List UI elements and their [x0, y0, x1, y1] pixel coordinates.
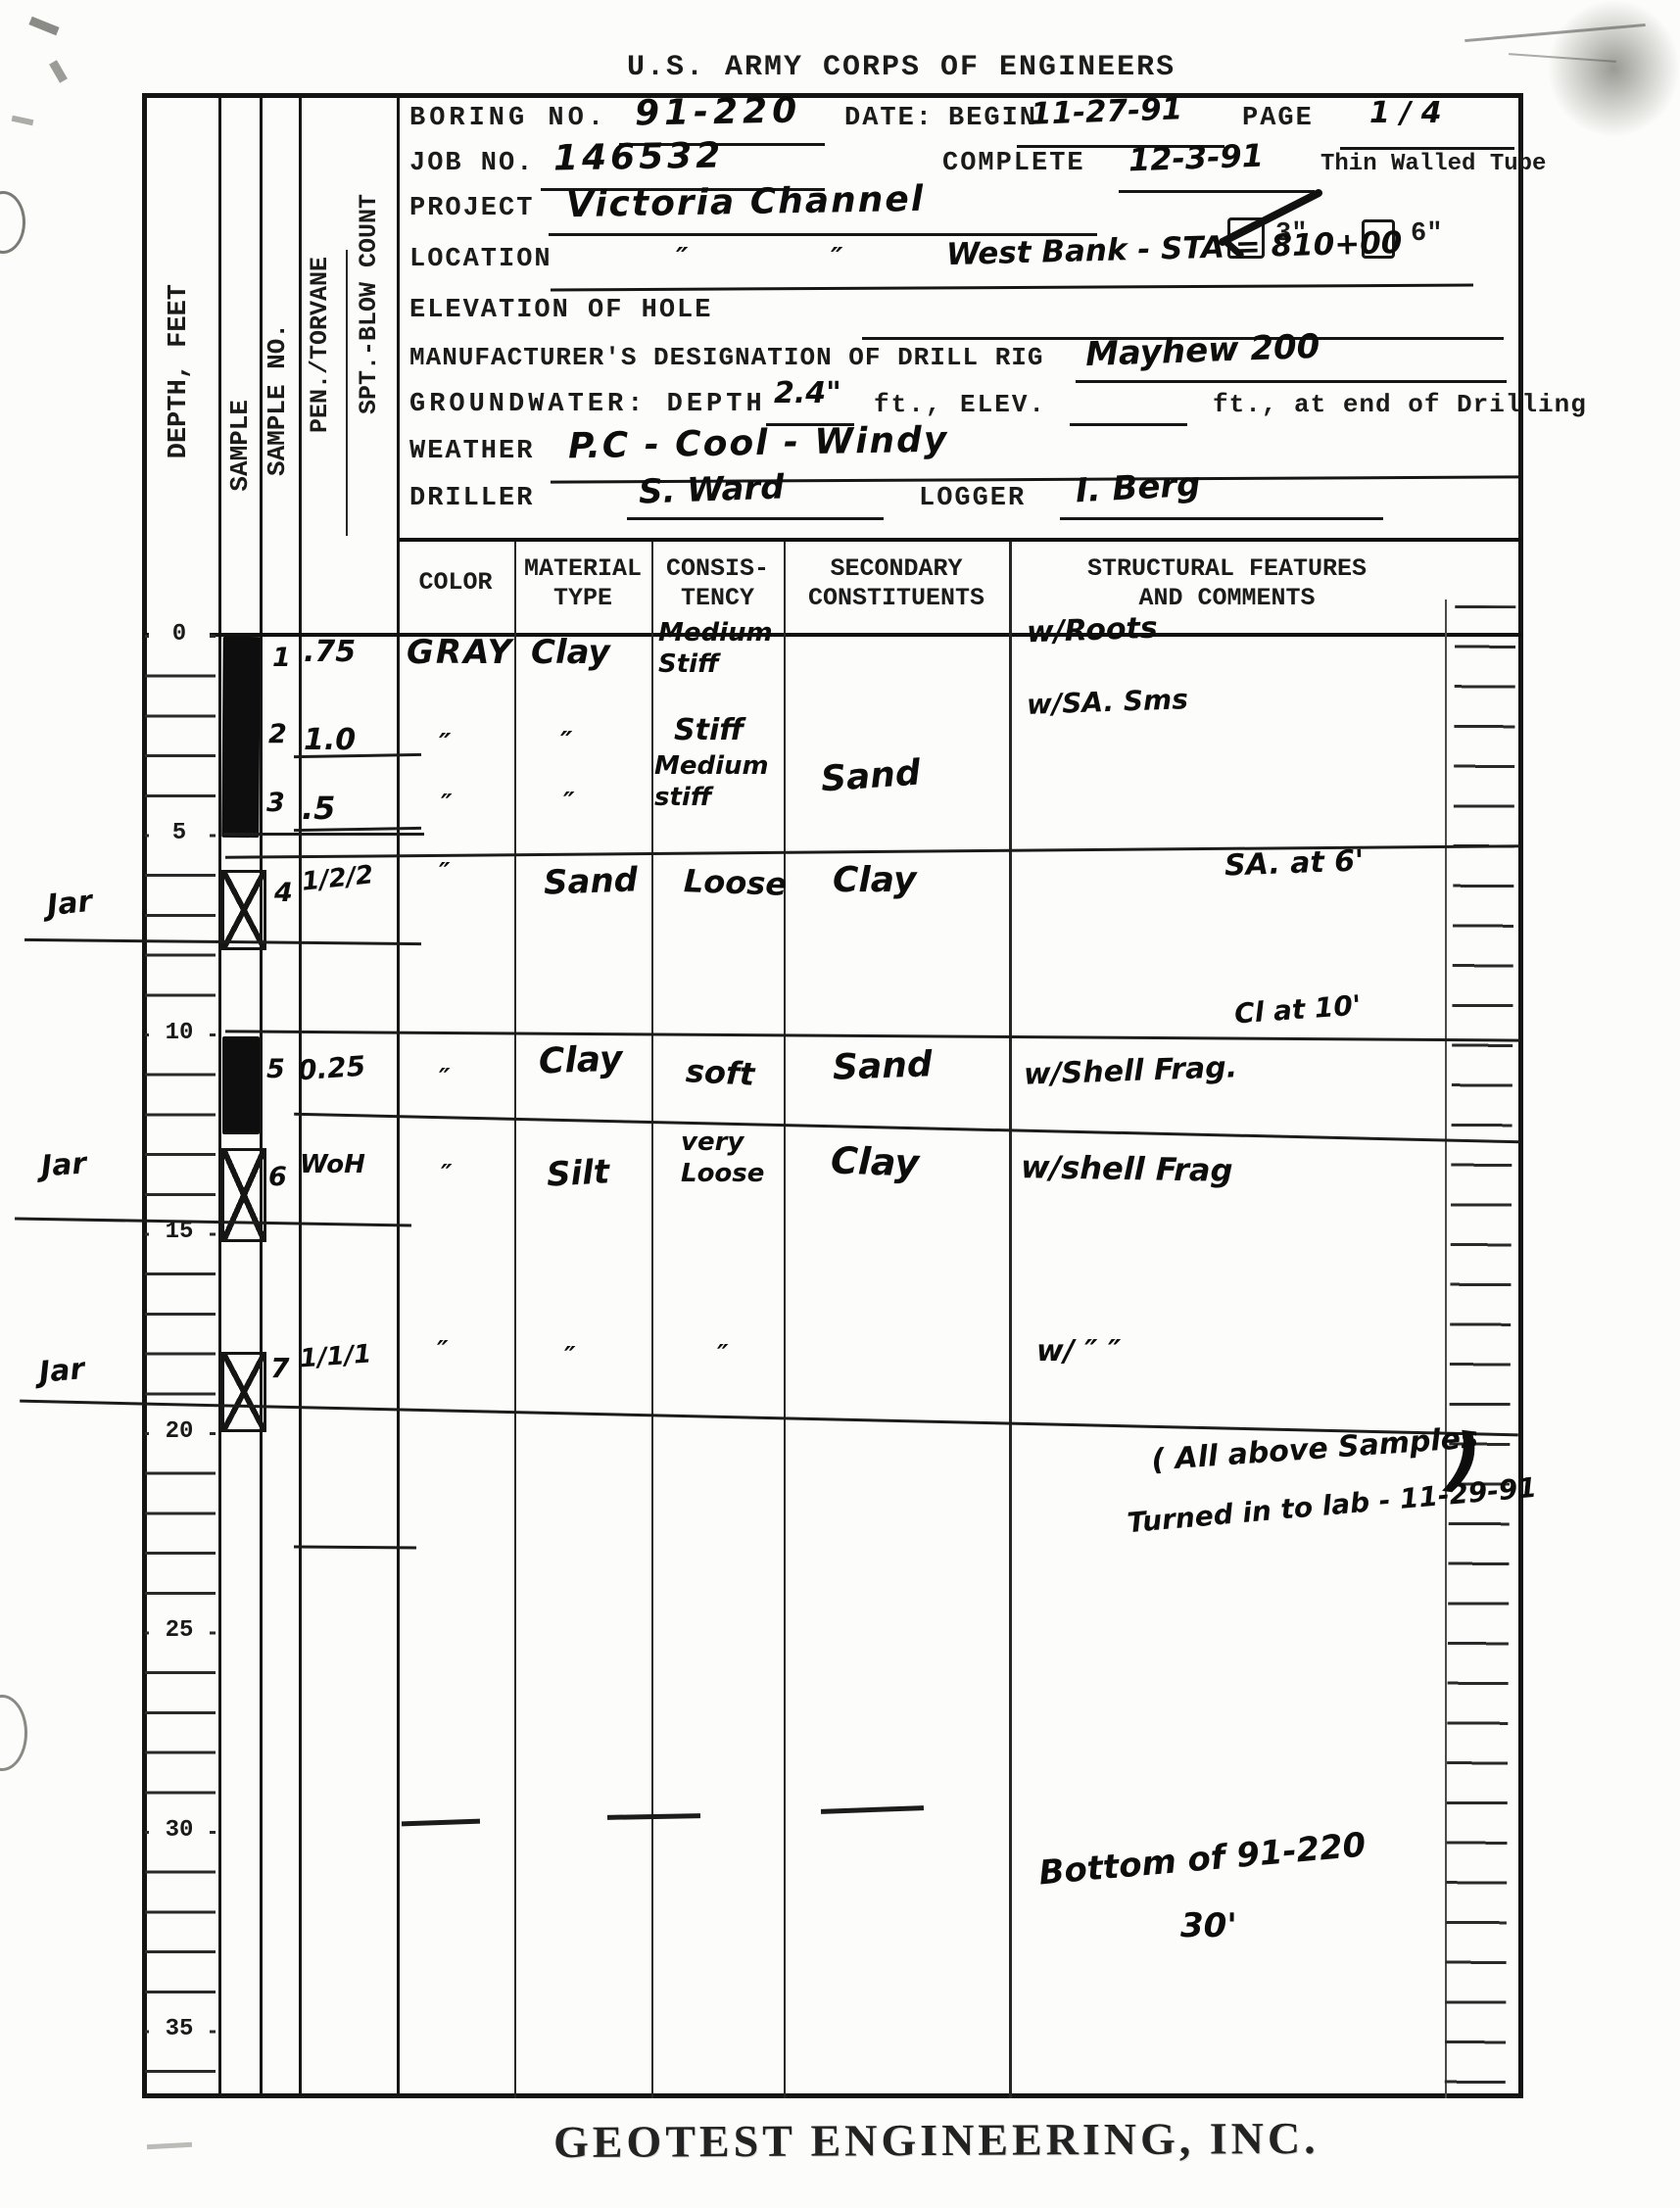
- column-header-secondary-constituents: SECONDARY CONSTITUENTS: [784, 554, 1009, 613]
- job-no-label: JOB NO.: [409, 149, 534, 178]
- comments-cell: w/Roots: [1026, 611, 1158, 650]
- side-label-depth-feet: DEPTH, FEET: [165, 284, 194, 458]
- boring-no-label: BORING NO.: [409, 104, 607, 133]
- column-header-consistency: CONSIS- TENCY: [651, 554, 784, 613]
- color-cell: ″: [441, 1160, 453, 1189]
- consistency-cell: Loose: [683, 862, 787, 903]
- depth-label: 20: [149, 1418, 210, 1445]
- side-label-sample: SAMPLE: [225, 400, 255, 492]
- grid-line: [1009, 542, 1012, 2098]
- secondary-cell: Sand: [820, 753, 922, 800]
- depth-label: 0: [149, 621, 210, 648]
- sample-no-cell: 7: [270, 1352, 289, 1384]
- tube-6-label: 6": [1411, 219, 1442, 249]
- rig-value: Mayhew 200: [1084, 327, 1320, 374]
- location-label: LOCATION: [409, 245, 552, 274]
- scan-mark: [147, 2142, 192, 2149]
- boring-log-page: U.S. ARMY CORPS OF ENGINEERS DEPTH, FEET…: [0, 0, 1680, 2208]
- grid-line: [514, 542, 516, 2098]
- consistency-cell: ″: [717, 1340, 729, 1369]
- depth-label: 10: [149, 1020, 210, 1046]
- color-cell: GRAY: [407, 633, 513, 672]
- jar-sample-box-4: [221, 870, 266, 950]
- comments-cell: w/ ″ ″: [1036, 1334, 1121, 1368]
- elev-label: ft., ELEV.: [874, 390, 1046, 419]
- complete-label: COMPLETE: [942, 149, 1085, 178]
- comments-cell: SA. at 6': [1224, 844, 1364, 884]
- color-cell: ″: [439, 858, 451, 888]
- jar-margin-label: Jar: [40, 1146, 88, 1183]
- color-cell: ″: [439, 727, 452, 759]
- material-cell: Clay: [531, 633, 610, 672]
- consistency-cell: Stiff: [674, 713, 744, 747]
- color-cell: ″: [437, 1336, 449, 1366]
- consistency-cell: Medium Stiff: [658, 617, 773, 680]
- material-cell: Clay: [538, 1039, 623, 1082]
- begin-date-value: 11-27-91: [1030, 91, 1182, 131]
- elevation-label: ELEVATION OF HOLE: [409, 296, 712, 325]
- boring-no-value: 91-220: [635, 91, 802, 134]
- driller-label: DRILLER: [409, 484, 534, 513]
- scan-circle-artifact: [0, 191, 25, 254]
- sample-no-cell: 4: [274, 878, 293, 908]
- scan-smudge: [1548, 0, 1680, 137]
- pen-cell: .5: [302, 790, 335, 827]
- secondary-cell: Clay: [833, 860, 916, 900]
- scan-mark: [49, 60, 68, 83]
- field-underline: [1340, 147, 1514, 150]
- consistency-cell: Medium stiff: [654, 750, 769, 813]
- complete-date-value: 12-3-91: [1128, 137, 1264, 179]
- sample-no-cell: 2: [268, 719, 287, 749]
- consistency-cell: soft: [685, 1052, 755, 1093]
- depth-label: 5: [149, 820, 210, 846]
- location-ditto: ″: [831, 241, 843, 273]
- comments-cell: w/SA. Sms: [1026, 683, 1188, 721]
- project-value: Victoria Channel: [566, 179, 926, 225]
- pen-cell: 1.0: [304, 723, 356, 757]
- material-cell: Sand: [543, 860, 638, 902]
- sample-no-cell: 5: [266, 1054, 285, 1084]
- grid-line: [397, 538, 1523, 542]
- material-cell: ″: [563, 788, 575, 817]
- footer-company-name: GEOTEST ENGINEERING, INC.: [553, 2112, 1320, 2168]
- column-header-material-type: MATERIAL TYPE: [514, 554, 651, 613]
- depth-label: 35: [149, 2016, 210, 2042]
- weather-label: WEATHER: [409, 437, 534, 466]
- jar-sample-box-6: [221, 1148, 266, 1242]
- groundwater-depth-value: 2.4": [774, 376, 841, 410]
- job-no-value: 146532: [553, 135, 725, 178]
- field-underline: [1060, 517, 1383, 520]
- logger-label: LOGGER: [919, 484, 1026, 513]
- field-underline: [1076, 380, 1507, 383]
- color-cell: ″: [441, 790, 453, 819]
- comments-cell: w/shell Frag: [1021, 1148, 1233, 1189]
- grid-line: [651, 542, 653, 2098]
- pen-cell: 0.25: [297, 1050, 366, 1087]
- field-underline: [1070, 423, 1187, 426]
- page-value: 1 / 4: [1369, 96, 1442, 130]
- field-underline: [627, 517, 884, 520]
- side-label-pen-torvane: PEN./TORVANE: [306, 257, 334, 433]
- groundwater-label: GROUNDWATER: DEPTH: [409, 390, 766, 419]
- page-title: U.S. ARMY CORPS OF ENGINEERS: [627, 51, 1176, 84]
- column-header-color: COLOR: [397, 568, 514, 598]
- tube-label: Thin Walled Tube: [1320, 151, 1546, 177]
- location-ditto: ″: [676, 241, 689, 273]
- scan-mark: [28, 17, 59, 36]
- grid-line: [784, 542, 786, 2098]
- pen-cell: WoH: [300, 1150, 365, 1179]
- grid-line: [299, 93, 302, 2098]
- rig-label: MANUFACTURER'S DESIGNATION OF DRILL RIG: [409, 343, 1044, 372]
- depth-tick-ruler: [145, 635, 216, 2096]
- color-cell: ″: [439, 1064, 451, 1093]
- begin-label: BEGIN: [948, 104, 1037, 133]
- page-label: PAGE: [1242, 104, 1314, 133]
- project-label: PROJECT: [409, 194, 534, 223]
- material-cell: ″: [560, 725, 573, 757]
- side-label-sample-no: SAMPLE NO.: [263, 323, 292, 476]
- pen-cell: 1/1/1: [299, 1339, 372, 1373]
- field-underline: [1119, 190, 1315, 193]
- depth-label: 30: [149, 1817, 210, 1844]
- driller-value: S. Ward: [638, 467, 785, 511]
- bottom-note-line2: 30': [1180, 1906, 1237, 1945]
- scan-mark: [12, 116, 34, 125]
- weather-value: P.C - Cool - Windy: [568, 420, 949, 467]
- pen-cell: .75: [304, 635, 356, 669]
- jar-sample-box-7: [221, 1352, 266, 1432]
- grid-line: [218, 93, 221, 2098]
- sample-no-cell: 3: [266, 788, 285, 818]
- depth-label: 25: [149, 1617, 210, 1644]
- secondary-cell: Sand: [832, 1044, 933, 1088]
- date-label: DATE:: [844, 104, 934, 133]
- sample-bar-5: [222, 1036, 260, 1134]
- grid-line: [397, 93, 400, 2098]
- material-cell: Silt: [546, 1152, 610, 1194]
- end-of-drilling-label: ft., at end of Drilling: [1213, 390, 1587, 419]
- jar-margin-label: Jar: [38, 1352, 86, 1390]
- right-tick-ruler: [1445, 605, 1516, 2096]
- sample-bar-1-3: [221, 637, 260, 838]
- scan-circle-artifact: [0, 1695, 27, 1771]
- sample-no-cell: 1: [272, 643, 291, 673]
- consistency-cell: very Loose: [681, 1127, 764, 1189]
- side-label-spt-blow-count: SPT.-BLOW COUNT: [355, 194, 383, 414]
- layer-line: [223, 833, 424, 836]
- grid-line: [346, 250, 348, 536]
- column-header-structural-features: STRUCTURAL FEATURES AND COMMENTS: [1009, 554, 1445, 613]
- jar-margin-label: Jar: [45, 885, 94, 924]
- sample-no-cell: 6: [268, 1162, 287, 1192]
- material-cell: ″: [564, 1342, 576, 1371]
- logger-value: I. Berg: [1075, 465, 1201, 511]
- secondary-cell: Clay: [830, 1138, 920, 1184]
